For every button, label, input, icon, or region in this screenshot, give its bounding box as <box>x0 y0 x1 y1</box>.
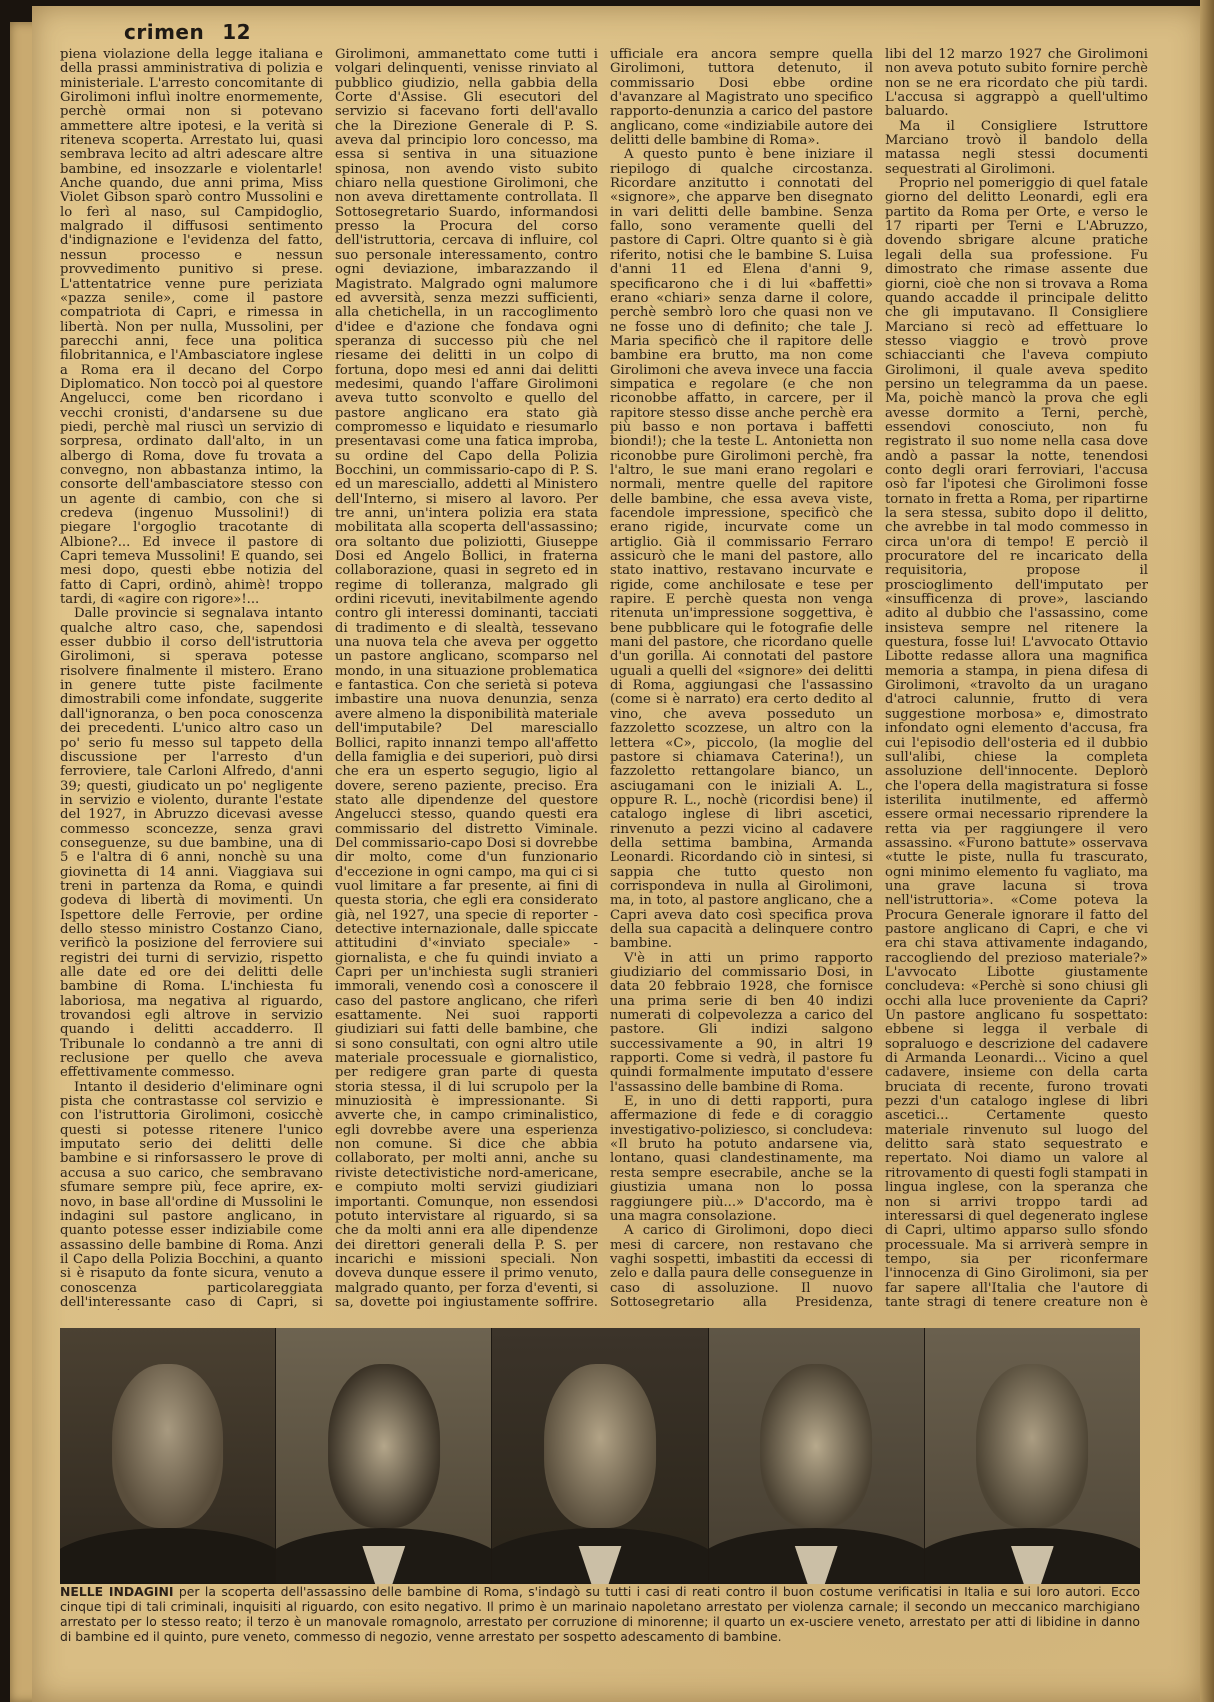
mugshot-photo-1 <box>60 1328 276 1584</box>
article-paragraph: E, in uno di detti rapporti, pura afferm… <box>610 1095 873 1224</box>
article-paragraph: Dalle provincie si segnalava intanto qua… <box>60 607 323 1080</box>
mugshot-photo-5 <box>925 1328 1140 1584</box>
article-column-2: Girolimoni, ammanettato come tutti i vol… <box>335 48 598 1310</box>
article-paragraph: Girolimoni, ammanettato come tutti i vol… <box>335 48 598 1310</box>
masthead: crimen12 <box>124 20 251 44</box>
article-paragraph: ufficiale era ancora sempre quella Girol… <box>610 48 873 148</box>
article-paragraph: Intanto il desiderio d'eliminare ogni pi… <box>60 1081 323 1310</box>
article-column-3: ufficiale era ancora sempre quella Girol… <box>610 48 873 1310</box>
publication-name: crimen <box>124 20 204 44</box>
caption-lead: NELLE INDAGINI <box>60 1584 174 1599</box>
article-column-1: piena violazione della legge italiana e … <box>60 48 323 1310</box>
article-paragraph: A questo punto è bene iniziare il riepil… <box>610 148 873 951</box>
article-paragraph: libi del 12 marzo 1927 che Girolimoni no… <box>885 48 1148 120</box>
article-paragraph: Ma il Consigliere Istruttore Marciano tr… <box>885 120 1148 177</box>
article-paragraph: V'è in atti un primo rapporto giudiziari… <box>610 952 873 1095</box>
mugshot-photo-4 <box>709 1328 925 1584</box>
binding-edge <box>1200 0 1214 1702</box>
page-number: 12 <box>222 20 251 44</box>
article-column-4: libi del 12 marzo 1927 che Girolimoni no… <box>885 48 1148 1310</box>
mugshot-photo-2 <box>276 1328 492 1584</box>
photo-caption: NELLE INDAGINI per la scoperta dell'assa… <box>60 1584 1140 1644</box>
caption-text: per la scoperta dell'assassino delle bam… <box>60 1584 1140 1644</box>
article-paragraph: A carico di Girolimoni, dopo dieci mesi … <box>610 1224 873 1310</box>
article-body: piena violazione della legge italiana e … <box>60 48 1148 1310</box>
column-4-text: libi del 12 marzo 1927 che Girolimoni no… <box>885 48 1148 1310</box>
mugshot-photo-3 <box>492 1328 708 1584</box>
article-paragraph: piena violazione della legge italiana e … <box>60 48 323 607</box>
article-paragraph: Proprio nel pomeriggio di quel fatale gi… <box>885 177 1148 1310</box>
mugshot-photo-strip <box>60 1328 1140 1584</box>
